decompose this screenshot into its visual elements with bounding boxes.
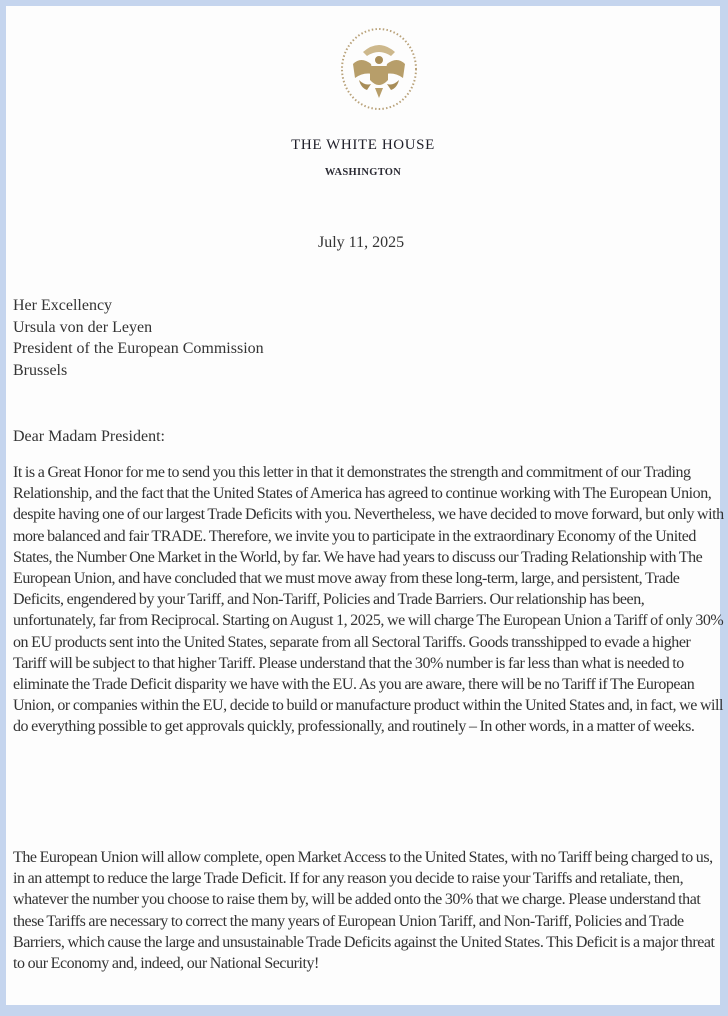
recipient-title: President of the European Commission (13, 338, 264, 360)
recipient-honorific: Her Excellency (13, 295, 264, 317)
recipient-city: Brussels (13, 360, 264, 382)
salutation: Dear Madam President: (13, 428, 165, 446)
letterhead-subtitle: WASHINGTON (6, 167, 720, 178)
recipient-address: Her Excellency Ursula von der Leyen Pres… (13, 295, 264, 381)
recipient-name: Ursula von der Leyen (13, 317, 264, 339)
letter-date: July 11, 2025 (318, 234, 404, 252)
letterhead-title: THE WHITE HOUSE (6, 137, 720, 154)
presidential-seal-icon (339, 26, 419, 112)
body-paragraph: It is a Great Honor for me to send you t… (13, 462, 725, 738)
letter-page: THE WHITE HOUSE WASHINGTON July 11, 2025… (6, 6, 720, 1005)
body-paragraph: The European Union will allow complete, … (13, 847, 725, 974)
